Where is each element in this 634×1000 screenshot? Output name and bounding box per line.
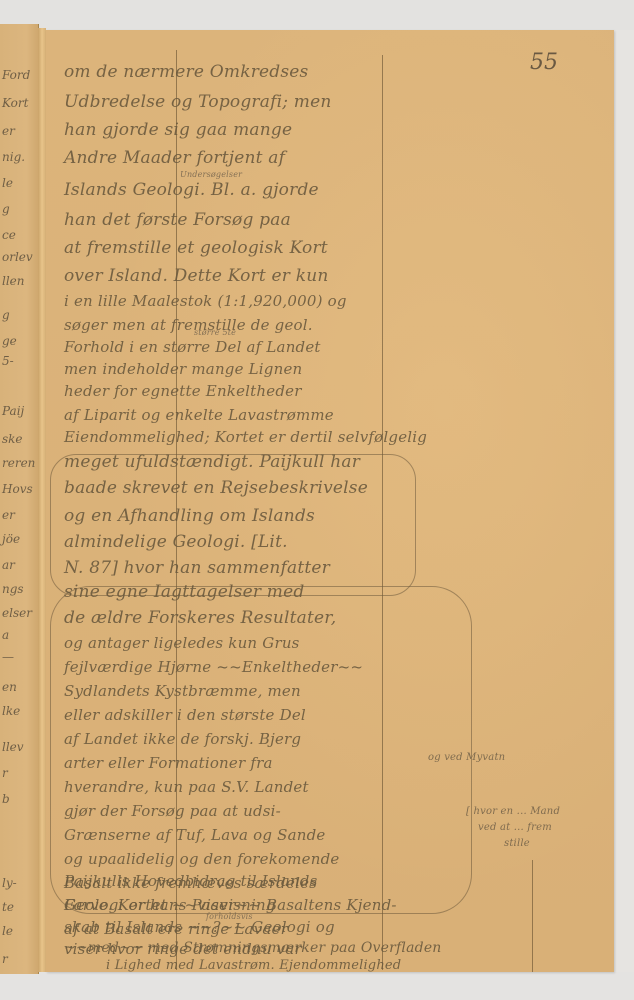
left-fragment: er — [2, 508, 15, 522]
left-fragment: en — [2, 680, 17, 694]
left-fragment: Kort — [2, 96, 28, 110]
text-line: Sydlandets Kystbræmme, men — [64, 682, 301, 700]
text-line: Andre Maader fortjent af — [64, 148, 285, 168]
left-fragment: g — [2, 308, 10, 322]
left-fragment: Paij — [2, 404, 24, 418]
text-line: Farve. Kortet ~~viser~~ Basaltens Kjend- — [64, 896, 397, 914]
text-line: og en Afhandling om Islands — [64, 506, 315, 526]
text-line: de ældre Forskeres Resultater, — [64, 608, 336, 628]
scan-background-top — [0, 0, 634, 30]
text-line: sine egne Iagttagelser med — [64, 582, 304, 602]
text-line: almindelige Geologi. [Lit. — [64, 532, 288, 552]
left-fragment: Ford — [2, 68, 30, 82]
left-fragment: ly- — [2, 876, 17, 890]
left-fragment: llen — [2, 274, 25, 288]
left-fragment: jöe — [2, 532, 20, 546]
book-gutter — [38, 28, 46, 972]
left-fragment: nig. — [2, 150, 25, 164]
text-line: han gjorde sig gaa mange — [64, 120, 292, 140]
text-line: Udbredelse og Topografi; men — [64, 92, 331, 112]
text-line: men indeholder mange Lignen — [64, 360, 302, 378]
left-fragment: le — [2, 924, 13, 938]
left-fragment: lke — [2, 704, 20, 718]
text-line: gjør der Forsøg paa at udsi- — [64, 802, 281, 820]
vertical-rule — [532, 860, 533, 972]
left-fragment: ce — [2, 228, 16, 242]
text-line: af Liparit og enkelte Lavastrømme — [64, 406, 334, 424]
text-line: Forhold i en større Del af Landet — [64, 338, 321, 356]
left-fragment: ske — [2, 432, 23, 446]
interlinear-note: Undersøgelser — [180, 170, 242, 179]
left-fragment: ar — [2, 558, 15, 572]
text-line: skab til Islands ~~?~~ Geologi og — [64, 918, 335, 936]
text-line: Eiendommelighed; Kortet er dertil selvfø… — [64, 428, 427, 446]
text-line: søger men at fremstille de geol. — [64, 316, 313, 334]
text-line: Islands Geologi. Bl. a. gjorde — [64, 180, 319, 200]
text-line: fejlværdige Hjørne ~~Enkeltheder~~ — [64, 658, 363, 676]
text-line: over Island. Dette Kort er kun — [64, 266, 329, 286]
text-line: baade skrevet en Rejsebeskrivelse — [64, 478, 368, 498]
left-fragment: orlev — [2, 250, 33, 264]
text-line: meget ufuldstændigt. Paijkull har — [64, 452, 360, 472]
left-fragment: llev — [2, 740, 24, 754]
left-fragment: 5- — [2, 354, 14, 368]
left-fragment: ge — [2, 334, 17, 348]
left-fragment: g — [2, 202, 10, 216]
text-line: i en lille Maalestok (1:1,920,000) og — [64, 292, 347, 310]
text-line: og antager ligeledes kun Grus — [64, 634, 300, 652]
left-fragment: — — [2, 650, 14, 664]
left-fragment: r — [2, 766, 8, 780]
left-fragment: te — [2, 900, 14, 914]
text-line: Grænserne af Tuf, Lava og Sande — [64, 826, 326, 844]
text-line: og upaalidelig og den forekomende — [64, 850, 340, 868]
left-fragment: reren — [2, 456, 35, 470]
text-line: eller adskiller i den største Del — [64, 706, 306, 724]
text-line: Basalt ikke fremhæves særdeles — [64, 874, 317, 892]
text-line: af Landet ikke de forskj. Bjerg — [64, 730, 301, 748]
manuscript-page: 55 om de nærmere Omkredses Udbredelse og… — [46, 30, 614, 972]
text-line: at fremstille et geologisk Kort — [64, 238, 328, 258]
margin-note-line: [ hvor en ... Mand — [466, 806, 560, 817]
text-line: heder for egnette Enkeltheder — [64, 382, 302, 400]
interlinear-note: større 5te — [194, 328, 236, 337]
margin-note-line: stille — [504, 838, 530, 849]
left-fragment: le — [2, 176, 13, 190]
text-line: han det første Forsøg paa — [64, 210, 291, 230]
margin-note-line: ved at ... frem — [478, 822, 552, 833]
left-fragment: b — [2, 792, 10, 806]
interlinear-note: og ved Myvatn — [428, 752, 505, 763]
text-line: viser hvor ringe det endnu var — [64, 940, 302, 958]
left-fragment: er — [2, 124, 15, 138]
left-fragment: r — [2, 952, 8, 966]
page-number: 55 — [530, 50, 558, 75]
left-page-edge: Ford Kort er nig. le g ce orlev llen g g… — [0, 24, 39, 974]
text-line: arter eller Formationer fra — [64, 754, 273, 772]
left-fragment: ngs — [2, 582, 24, 596]
text-line: hverandre, kun paa S.V. Landet — [64, 778, 309, 796]
text-line: om de nærmere Omkredses — [64, 62, 308, 82]
scan-background-bottom — [0, 972, 634, 1000]
text-line: N. 87] hvor han sammenfatter — [64, 558, 330, 578]
left-fragment: elser — [2, 606, 32, 620]
left-fragment: Hovs — [2, 482, 33, 496]
left-fragment: a — [2, 628, 9, 642]
